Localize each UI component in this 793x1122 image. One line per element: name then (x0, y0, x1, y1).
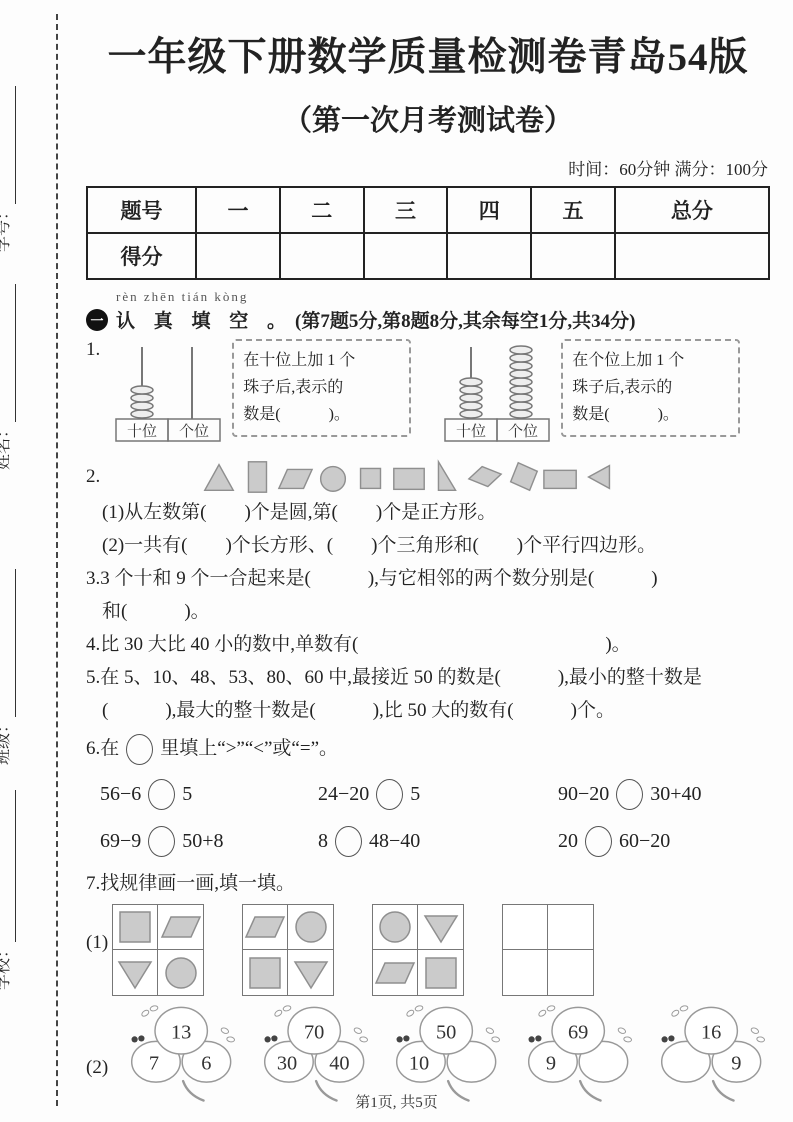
svg-text:十位: 十位 (127, 423, 157, 440)
rect-wide-shape-icon (542, 458, 580, 496)
clover-left-number: 30 (276, 1052, 296, 1074)
expression-right: 5 (182, 783, 192, 806)
question-2-number: 2. (86, 466, 100, 488)
question-7-title: 7.找规律画一画,填一填。 (86, 867, 770, 900)
question-1-hint-box-2: 在个位上加 1 个 珠子后,表示的 数是( )。 (561, 339, 740, 437)
question-1: 1. 十位个位 在十位上加 1 个 珠子后,表示的 数是( )。 十位个位 在个… (86, 339, 770, 448)
expression-right: 30+40 (650, 783, 701, 806)
student-name-field: 姓名： (0, 284, 16, 470)
bug-eye-icon (396, 1036, 402, 1042)
question-3-line-1: 3.3 个十和 9 个一合起来是( ),与它相邻的两个数分别是( ) (86, 562, 770, 595)
expression-left: 8 (318, 830, 328, 853)
pattern-grid-empty (502, 904, 594, 996)
expression-right: 5 (410, 783, 420, 806)
score-cell (615, 233, 769, 279)
pattern-cell (243, 950, 288, 995)
question-6-items: 56−65 24−205 90−2030+40 69−950+8 848−40 … (100, 779, 770, 857)
school-field: 学校： (0, 790, 16, 990)
hint-line: 数是( )。 (243, 401, 400, 428)
paper-subtitle: （第一次月考测试卷） (86, 98, 770, 139)
triangle-down-shape-icon (289, 951, 333, 995)
score-cell (447, 233, 531, 279)
clover-figure: 13 7 6 (122, 1002, 240, 1104)
hint-line: 在十位上加 1 个 (243, 347, 400, 374)
pattern-cell (113, 905, 158, 950)
question-6-prompt-suffix: 里填上“>”“<”或“=”。 (160, 731, 338, 767)
rect-tall-shape-icon (238, 458, 276, 496)
pattern-cell (113, 950, 158, 995)
bug-eye-icon (661, 1036, 667, 1042)
question-6-prompt: 6.在 里填上“>”“<”或“=”。 (86, 731, 770, 767)
class-field: 班级： (0, 569, 16, 765)
score-table: 题号 一 二 三 四 五 总分 得分 (86, 186, 770, 280)
school-blank-line (0, 790, 16, 942)
time-score-meta: 时间：60分钟 满分：100分 (86, 155, 768, 180)
student-id-field: 学号： (0, 86, 16, 252)
section-number-icon: 一 (86, 309, 108, 331)
abacus-figure-2: 十位个位 (439, 345, 551, 448)
class-label: 班级： (0, 717, 12, 765)
pattern-cell (243, 905, 288, 950)
student-name-label: 姓名： (0, 422, 12, 470)
score-header-cell: 二 (280, 187, 364, 233)
sidebar-dashed-divider (56, 14, 58, 1106)
pattern-cell (418, 950, 463, 995)
score-header-cell: 题号 (87, 187, 196, 233)
expression-left: 56−6 (100, 783, 141, 806)
bug-eye-icon (668, 1035, 674, 1041)
parallelogram-shape-icon (159, 905, 203, 949)
triangle-down-shape-icon (419, 905, 463, 949)
rhombus-shape-icon (466, 458, 504, 496)
pattern-cell (503, 905, 548, 950)
hint-line: 数是( )。 (572, 401, 729, 428)
section-points-note: (第7题5分,第8题8分,其余每空1分,共34分) (295, 306, 635, 333)
student-name-blank-line (0, 284, 16, 422)
clover-top-number: 70 (304, 1021, 324, 1043)
clover-figure: 16 9 (652, 1002, 770, 1104)
clover-top-number: 50 (436, 1021, 456, 1043)
abacus-figure-1: 十位个位 (110, 345, 222, 448)
comparison-item: 90−2030+40 (558, 779, 770, 810)
pattern-cell (373, 905, 418, 950)
clover-left-number: 9 (546, 1052, 556, 1074)
score-header-cell: 五 (531, 187, 615, 233)
pattern-cell (373, 950, 418, 995)
pattern-grid (112, 904, 204, 996)
pattern-cell (548, 950, 593, 995)
compare-circle-icon (376, 779, 403, 810)
rect-shape-icon (390, 458, 428, 496)
hint-line: 在个位上加 1 个 (572, 347, 729, 374)
circle-shape-icon (159, 951, 203, 995)
expression-right: 48−40 (369, 830, 420, 853)
hint-line: 珠子后,表示的 (243, 374, 400, 401)
parallelogram-shape-icon (276, 458, 314, 496)
triangle-left-shape-icon (580, 458, 618, 496)
score-cell (196, 233, 280, 279)
comparison-item: 2060−20 (558, 826, 770, 857)
svg-text:十位: 十位 (456, 423, 486, 440)
comparison-item: 56−65 (100, 779, 318, 810)
comparison-item: 848−40 (318, 826, 558, 857)
circle-shape-icon (373, 905, 417, 949)
bug-eye-icon (529, 1036, 535, 1042)
score-cell (280, 233, 364, 279)
question-4: 4.比 30 大比 40 小的数中,单数有( )。 (86, 628, 770, 661)
pattern-cell (548, 905, 593, 950)
comparison-item: 69−950+8 (100, 826, 318, 857)
school-label: 学校： (0, 942, 12, 990)
abacus-icon: 十位个位 (439, 345, 551, 443)
compare-circle-icon (585, 826, 612, 857)
score-cell (364, 233, 448, 279)
expression-right: 50+8 (182, 830, 223, 853)
question-5-line-2: ( ),最大的整十数是( ),比 50 大的数有( )个。 (86, 694, 770, 727)
question-3-line-2: 和( )。 (86, 595, 770, 628)
right-triangle-shape-icon (428, 458, 466, 496)
circle-shape-icon (289, 905, 333, 949)
score-header-cell: 一 (196, 187, 280, 233)
expression-left: 20 (558, 830, 578, 853)
student-id-blank-line (0, 86, 16, 204)
page-footer: 第1页, 共5页 (0, 1091, 793, 1112)
section-pinyin: rèn zhēn tián kòng (116, 290, 770, 304)
section-title: 认 真 填 空 。 (116, 306, 293, 333)
bug-eye-icon (138, 1035, 144, 1041)
clover-left-number: 10 (409, 1052, 429, 1074)
paper-title: 一年级下册数学质量检测卷青岛54版 (86, 26, 770, 82)
question-1-number: 1. (86, 339, 100, 361)
score-table-header-row: 题号 一 二 三 四 五 总分 (87, 187, 769, 233)
square-shape-icon (113, 905, 157, 949)
paper-main: 一年级下册数学质量检测卷青岛54版 （第一次月考测试卷） 时间：60分钟 满分：… (86, 0, 770, 1104)
triangle-down-shape-icon (113, 951, 157, 995)
question-5-line-1: 5.在 5、10、48、53、80、60 中,最接近 50 的数是( ),最小的… (86, 661, 770, 694)
pattern-cell (158, 905, 203, 950)
student-id-label: 学号： (0, 204, 12, 252)
clover-figure: 50 10 (387, 1002, 505, 1104)
square-tilted-shape-icon (504, 458, 542, 496)
compare-circle-icon (126, 734, 153, 765)
pattern-cell (288, 905, 333, 950)
score-table-value-row: 得分 (87, 233, 769, 279)
clover-right-number: 6 (201, 1052, 211, 1074)
pattern-grid (372, 904, 464, 996)
clover-figure: 69 9 (519, 1002, 637, 1104)
square-shape-icon (419, 951, 463, 995)
pattern-cell (288, 950, 333, 995)
pattern-cell (503, 950, 548, 995)
shapes-row-figure (200, 458, 618, 496)
bug-eye-icon (403, 1035, 409, 1041)
square-small-shape-icon (352, 458, 390, 496)
question-2-line-1: (1)从左数第( )个是圆,第( )个是正方形。 (86, 496, 770, 529)
score-header-cell: 总分 (615, 187, 769, 233)
svg-text:个位: 个位 (508, 423, 538, 440)
question-2-line-2: (2)一共有( )个长方形、( )个三角形和( )个平行四边形。 (86, 529, 770, 562)
clover-figure: 70 30 40 (255, 1002, 373, 1104)
hint-line: 珠子后,表示的 (572, 374, 729, 401)
section-heading: 一 认 真 填 空 。 (第7题5分,第8题8分,其余每空1分,共34分) (86, 306, 770, 333)
class-blank-line (0, 569, 16, 717)
score-row-label: 得分 (87, 233, 196, 279)
parallelogram-shape-icon (373, 951, 417, 995)
clover-right-number: 40 (329, 1052, 349, 1074)
question-7-part2: (2) 13 7 6 70 30 40 (86, 1002, 770, 1104)
part2-label: (2) (86, 1057, 108, 1079)
question-6-prompt-prefix: 6.在 (86, 731, 119, 767)
comparison-item: 24−205 (318, 779, 558, 810)
expression-left: 69−9 (100, 830, 141, 853)
clover-top-number: 16 (701, 1021, 721, 1043)
bug-eye-icon (132, 1036, 138, 1042)
triangle-shape-icon (200, 458, 238, 496)
score-header-cell: 三 (364, 187, 448, 233)
compare-circle-icon (616, 779, 643, 810)
bug-eye-icon (271, 1035, 277, 1041)
part1-label: (1) (86, 932, 108, 954)
clover-left-number: 7 (149, 1052, 159, 1074)
pattern-cell (158, 950, 203, 995)
question-7-part1: (1) (86, 904, 770, 996)
expression-left: 24−20 (318, 783, 369, 806)
pattern-cell (418, 905, 463, 950)
abacus-icon: 十位个位 (110, 345, 222, 443)
compare-circle-icon (148, 826, 175, 857)
square-shape-icon (243, 951, 287, 995)
pattern-grid (242, 904, 334, 996)
clover-top-number: 13 (171, 1021, 191, 1043)
bug-eye-icon (536, 1035, 542, 1041)
score-header-cell: 四 (447, 187, 531, 233)
compare-circle-icon (148, 779, 175, 810)
question-1-hint-box-1: 在十位上加 1 个 珠子后,表示的 数是( )。 (232, 339, 411, 437)
svg-text:个位: 个位 (179, 423, 209, 440)
expression-right: 60−20 (619, 830, 670, 853)
circle-shape-icon (314, 458, 352, 496)
compare-circle-icon (335, 826, 362, 857)
score-cell (531, 233, 615, 279)
expression-left: 90−20 (558, 783, 609, 806)
clover-top-number: 69 (568, 1021, 588, 1043)
clover-right-number: 9 (731, 1052, 741, 1074)
question-2: 2. (86, 458, 770, 496)
bug-eye-icon (264, 1036, 270, 1042)
parallelogram-shape-icon (243, 905, 287, 949)
